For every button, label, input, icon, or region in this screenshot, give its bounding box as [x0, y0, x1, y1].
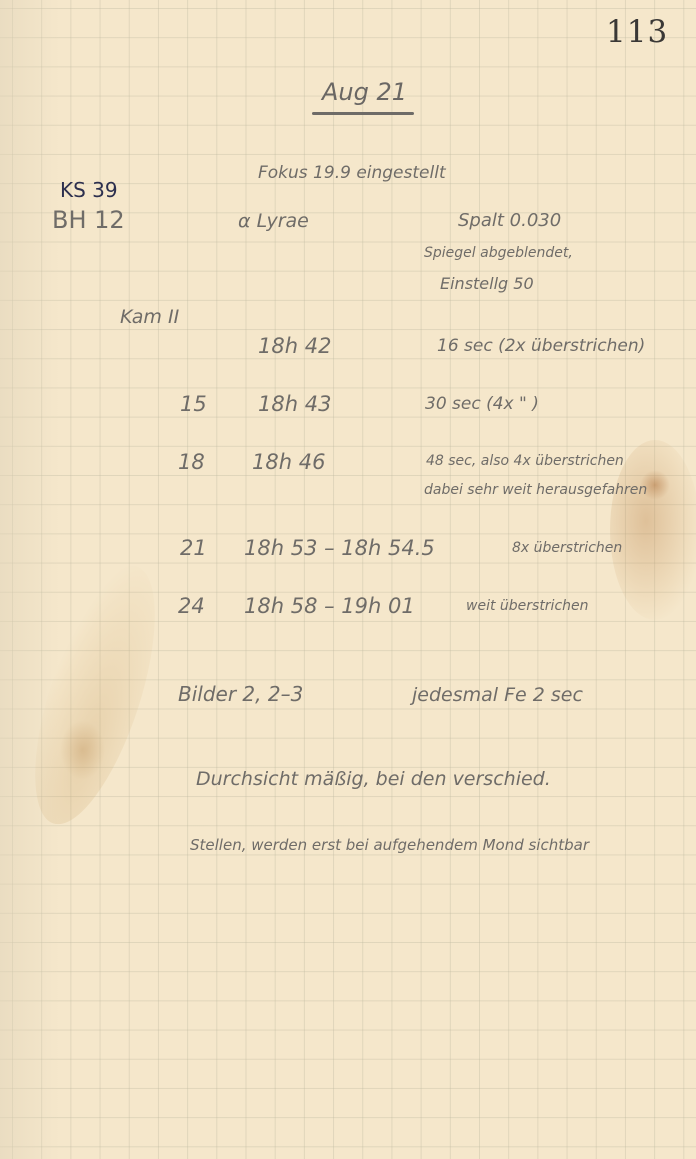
log-row-5-plate: 24 [178, 594, 205, 618]
log-row-5-note: weit überstrichen [466, 598, 589, 614]
spiegel-note: Spiegel abgeblendet, [424, 245, 573, 261]
log-row-5-time: 18h 58 – 19h 01 [244, 594, 415, 618]
log-row-3-plate: 18 [178, 450, 205, 474]
log-row-3-note: 48 sec, also 4x überstrichen [426, 453, 624, 469]
einstellung-note: Einstellg 50 [440, 274, 534, 293]
log-row-1-note: 16 sec (2x überstrichen) [437, 336, 645, 356]
archive-code-pencil: BH 12 [52, 206, 125, 234]
camera-label: Kam II [120, 306, 179, 328]
log-row-1-time: 18h 42 [258, 334, 331, 358]
water-stain-left-spot [60, 720, 105, 780]
log-row-3-note-continued: dabei sehr weit herausgefahren [424, 482, 647, 498]
archive-code-ink: KS 39 [60, 178, 118, 202]
log-row-2-time: 18h 43 [258, 392, 331, 416]
log-row-2-plate: 15 [180, 392, 207, 416]
notebook-page: 113 Aug 21 Fokus 19.9 eingestellt KS 39 … [0, 0, 696, 1159]
title-underline [312, 112, 414, 115]
remark-line-1: Durchsicht mäßig, bei den verschied. [196, 768, 551, 790]
object-name: α Lyrae [238, 210, 309, 232]
spalt-value: Spalt 0.030 [458, 210, 561, 231]
page-edge-shading [0, 0, 60, 1159]
bilder-line: Bilder 2, 2–3 [178, 682, 303, 706]
log-row-2-note: 30 sec (4x " ) [425, 394, 539, 414]
page-number: 113 [606, 14, 668, 50]
remark-line-2: Stellen, werden erst bei aufgehendem Mon… [190, 836, 589, 854]
exposure-line: jedesmal Fe 2 sec [412, 684, 583, 706]
log-row-4-plate: 21 [180, 536, 207, 560]
focus-line: Fokus 19.9 eingestellt [258, 163, 446, 183]
log-row-4-note: 8x überstrichen [512, 540, 622, 556]
page-title: Aug 21 [322, 78, 407, 106]
log-row-3-time: 18h 46 [252, 450, 325, 474]
log-row-4-time: 18h 53 – 18h 54.5 [244, 536, 435, 560]
